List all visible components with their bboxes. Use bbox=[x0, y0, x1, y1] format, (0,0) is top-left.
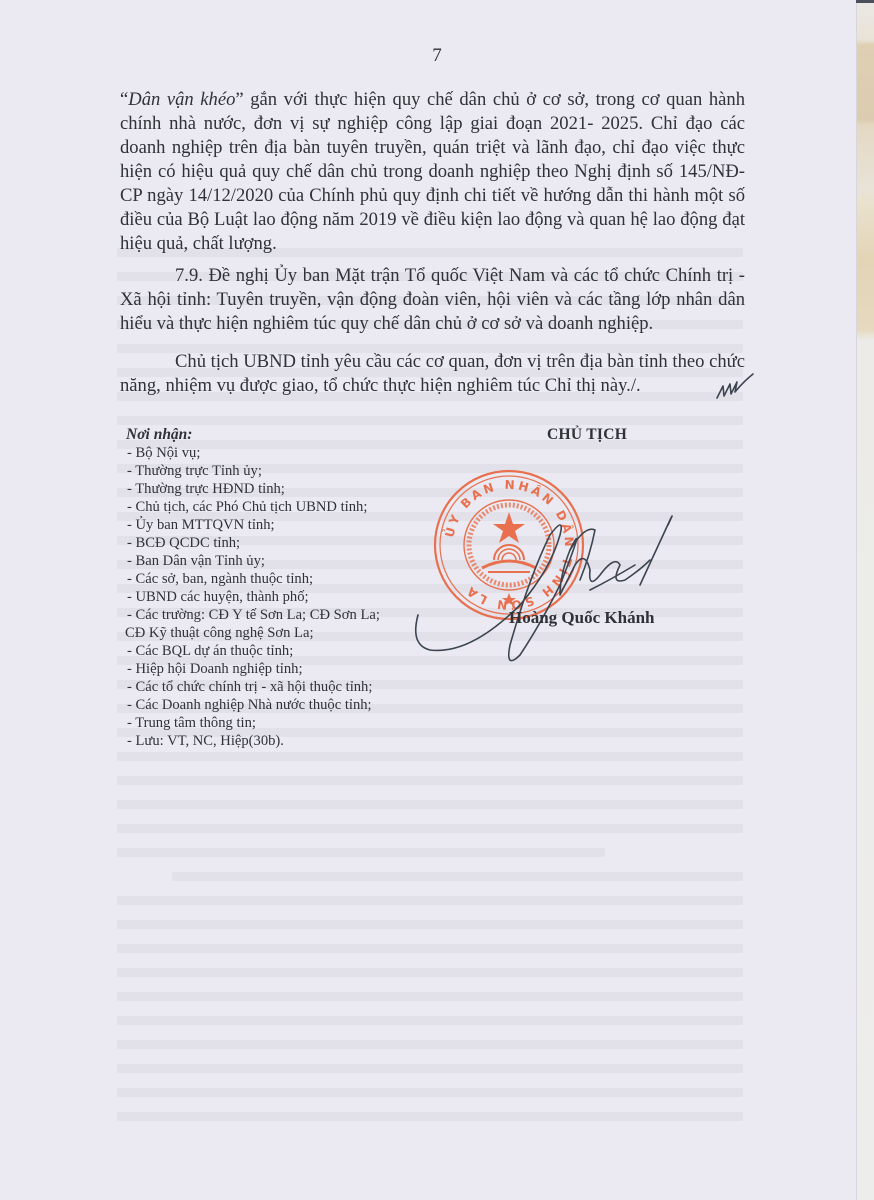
recipient-item: - Thường trực HĐND tỉnh; bbox=[127, 480, 380, 498]
scanned-page-edge bbox=[856, 0, 874, 1200]
scanner-edge-shadow bbox=[856, 0, 874, 3]
recipient-item: - Hiệp hội Doanh nghiệp tỉnh; bbox=[127, 660, 380, 678]
recipient-item: - Các BQL dự án thuộc tỉnh; bbox=[127, 642, 380, 660]
paragraph-dan-van-kheo: “Dân vận khéo” gắn với thực hiện quy chế… bbox=[120, 88, 745, 256]
recipient-item: - Lưu: VT, NC, Hiệp(30b). bbox=[127, 732, 380, 750]
paragraph-text: gắn với thực hiện quy chế dân chủ ở cơ s… bbox=[120, 89, 745, 254]
signer-name: Hoàng Quốc Khánh bbox=[509, 608, 655, 628]
close-quote: ” bbox=[235, 89, 243, 110]
initials-mark-icon bbox=[715, 372, 755, 402]
recipients-title: Nơi nhận: bbox=[126, 426, 380, 444]
recipient-item: - Trung tâm thông tin; bbox=[127, 714, 380, 732]
recipients-list: - Bộ Nội vụ;- Thường trực Tỉnh ủy;- Thườ… bbox=[127, 444, 380, 750]
recipient-item: - Các trường: CĐ Y tế Sơn La; CĐ Sơn La; bbox=[127, 606, 380, 624]
italic-phrase: Dân vận khéo bbox=[128, 89, 235, 110]
recipients-block: Nơi nhận: - Bộ Nội vụ;- Thường trực Tỉnh… bbox=[127, 426, 380, 750]
paragraph-text: 7.9. Đề nghị Ủy ban Mặt trận Tổ quốc Việ… bbox=[120, 264, 745, 336]
paragraph-text: Chủ tịch UBND tỉnh yêu cầu các cơ quan, … bbox=[120, 350, 745, 398]
handwritten-signature-icon bbox=[410, 495, 710, 675]
recipient-item: - Bộ Nội vụ; bbox=[127, 444, 380, 462]
recipient-item: - Ban Dân vận Tỉnh ủy; bbox=[127, 552, 380, 570]
signer-title: CHỦ TỊCH bbox=[547, 426, 627, 444]
paragraph-closing: Chủ tịch UBND tỉnh yêu cầu các cơ quan, … bbox=[120, 350, 745, 398]
recipient-item: - Thường trực Tỉnh ủy; bbox=[127, 462, 380, 480]
recipient-item: - Chủ tịch, các Phó Chủ tịch UBND tỉnh; bbox=[127, 498, 380, 516]
recipient-item: - Các tổ chức chính trị - xã hội thuộc t… bbox=[127, 678, 380, 696]
recipient-item: - BCĐ QCDC tỉnh; bbox=[127, 534, 380, 552]
recipient-item: - Các Doanh nghiệp Nhà nước thuộc tỉnh; bbox=[127, 696, 380, 714]
recipient-item: - Ủy ban MTTQVN tỉnh; bbox=[127, 516, 380, 534]
recipient-item: CĐ Kỹ thuật công nghệ Sơn La; bbox=[125, 624, 380, 642]
recipient-item: - UBND các huyện, thành phố; bbox=[127, 588, 380, 606]
page-number: 7 bbox=[0, 45, 874, 67]
recipient-item: - Các sở, ban, ngành thuộc tỉnh; bbox=[127, 570, 380, 588]
paragraph-7-9: 7.9. Đề nghị Ủy ban Mặt trận Tổ quốc Việ… bbox=[120, 264, 745, 336]
